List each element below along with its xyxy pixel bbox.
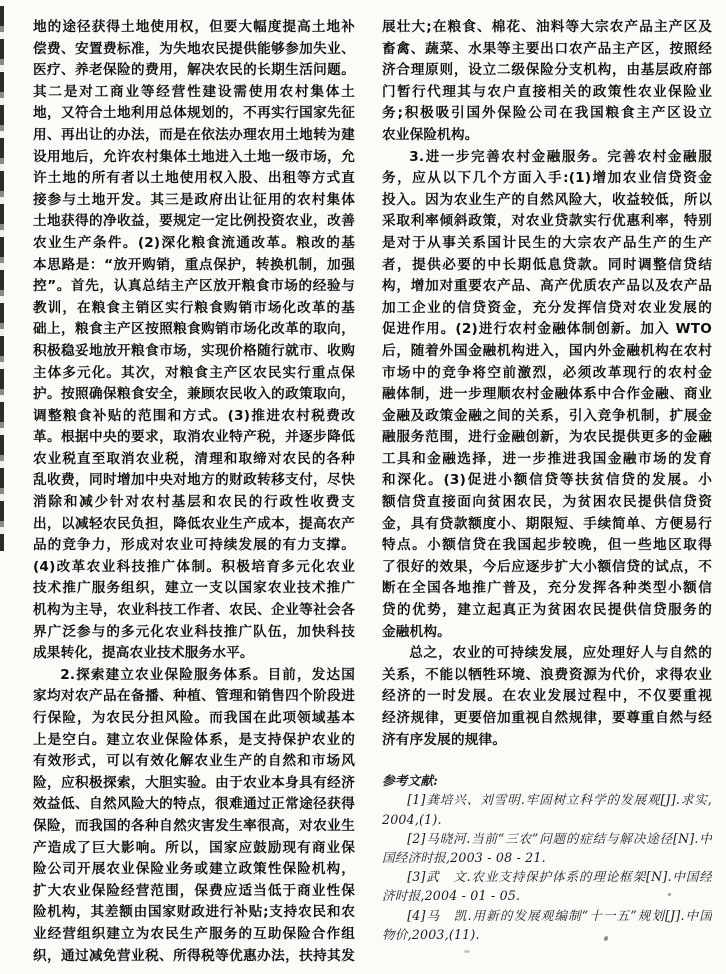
body-text-line: 后，随着外国金融机构进入，国内外金融机构在农村 xyxy=(382,341,712,363)
body-text-line: 险公司开展农业保险业务或建立政策性保险机构， xyxy=(33,859,355,881)
body-text-line: 地的途径获得土地使用权，但要大幅度提高土地补 xyxy=(33,17,355,39)
body-text-line: 保险，而我国的各种自然灾害发生率很高，对农业生 xyxy=(33,816,355,838)
body-text-line: 农业税直至取消农业税，清理和取缔对农民的各种 xyxy=(33,449,355,471)
body-text-line: 金融机构。 xyxy=(382,622,712,644)
section-gap xyxy=(382,751,712,771)
body-text-line: 门暂行代理其与农户直接相关的政策性农业保险业 xyxy=(382,82,712,104)
body-text-line: 成果转化，提高农业技术服务水平。 xyxy=(33,643,355,665)
body-text-line: 3.进一步完善农村金融服务。完善农村金融服 xyxy=(382,147,712,169)
body-text-line: 业经营组织建立为农民生产服务的互助保险合作组 xyxy=(33,924,355,946)
body-text-line: 消除和减少针对农村基层和农民的行政性收费支 xyxy=(33,492,355,514)
body-text-line: 乱收费，同时增加中央对地方的财政转移支付，尽快 xyxy=(33,470,355,492)
body-text-line: 其二是对工商业等经营性建设需使用农村集体土 xyxy=(33,82,355,104)
left-text-column: 地的途径获得土地使用权，但要大幅度提高土地补偿费、安置费标准，为失地农民提供能够… xyxy=(33,17,355,967)
body-text-line: 务，应从以下几个方面入手:(1)增加农业信贷资金 xyxy=(382,168,712,190)
body-text-line: 工具和金融选择，进一步推进我国金融市场的发育 xyxy=(382,449,712,471)
body-text-line: 产造成了巨大影响。所以，国家应鼓励现有商业保 xyxy=(33,838,355,860)
body-text-line: 金，具有贷款额度小、期限短、手续简单、方便易行等 xyxy=(382,514,712,536)
body-text-line: 效益低、自然风险大的特点，很难通过正常途径获得 xyxy=(33,794,355,816)
body-text-line: 控”。首先，认真总结主产区放开粮食市场的经验与 xyxy=(33,276,355,298)
body-text-line: 上是空白。建立农业保险体系，是支持保护农业的 xyxy=(33,730,355,752)
body-text-line: 设用地后，允许农村集体土地进入土地一级市场，允 xyxy=(33,147,355,169)
body-text-line: 2.探索建立农业保险服务体系。目前，发达国 xyxy=(33,665,355,687)
body-text-line: 投入。因为农业生产的自然风险大，收益较低，所以 xyxy=(382,190,712,212)
body-text-line: 农业生产条件。(2)深化粮食流通改革。粮改的基 xyxy=(33,233,355,255)
body-text-line: 务;积极吸引国外保险公司在我国粮食主产区设立 xyxy=(382,103,712,125)
body-text-line: 农业保险机构。 xyxy=(382,125,712,147)
body-text-line: 品的竞争力，形成对农业可持续发展的有力支撑。 xyxy=(33,535,355,557)
scanned-paper-page: 地的途径获得土地使用权，但要大幅度提高土地补偿费、安置费标准，为失地农民提供能够… xyxy=(0,0,726,974)
body-text-line: 医疗、养老保险的费用，解决农民的长期生活问题。 xyxy=(33,60,355,82)
body-text-line: 教训，在粮食主销区实行粮食购销市场化改革的基 xyxy=(33,298,355,320)
body-text-line: 了很好的效果，今后应逐步扩大小额信贷的试点，不 xyxy=(382,557,712,579)
body-text-line: 革。根据中央的要求，取消农业特产税，并逐步降低 xyxy=(33,427,355,449)
body-text-line: 许土地的所有者以土地使用权入股、出租等方式直 xyxy=(33,168,355,190)
body-text-line: 扩大农业保险经营范围，保费应适当低于商业性保 xyxy=(33,881,355,903)
reference-line: 济时报,2004 - 01 - 05. xyxy=(382,886,712,905)
body-text-line: 技术推广服务组织，建立一支以国家农业技术推广 xyxy=(33,578,355,600)
body-text-line: 是对于从事关系国计民生的大宗农产品生产的生产 xyxy=(382,233,712,255)
reference-line: [1]龚培兴、刘雪明.牢固树立科学的发展观[J].求实, xyxy=(382,790,712,809)
body-text-line: 积极稳妥地放开粮食市场，实现价格随行就市、收购 xyxy=(33,341,355,363)
body-text-line: 地，又符合土地利用总体规划的，不再实行国家先征 xyxy=(33,103,355,125)
reference-line: [2]马晓河.当前“三农”问题的症结与解决途径[N].中 xyxy=(382,829,712,848)
references-heading: 参考文献: xyxy=(382,771,712,790)
body-text-line: 特点。小额信贷在我国起步较晚，但一些地区取得 xyxy=(382,535,712,557)
body-text-line: 关系，不能以牺牲环境、浪费资源为代价，求得农业 xyxy=(382,665,712,687)
body-text-line: 额信贷直接面向贫困农民，为贫困农民提供信贷资 xyxy=(382,492,712,514)
scan-edge-artifact xyxy=(0,6,4,551)
body-text-line: 织，通过减免营业税、所得税等优惠办法，扶持其发 xyxy=(33,946,355,968)
reference-line: 物价,2003,(11). xyxy=(382,925,712,944)
body-text-line: 构，增加对重要农产品、高产优质农产品以及农产品 xyxy=(382,276,712,298)
references-list: [1]龚培兴、刘雪明.牢固树立科学的发展观[J].求实,2004,(1).[2]… xyxy=(382,790,712,944)
scan-speck xyxy=(464,950,470,953)
body-text-line: 接参与土地开发。其三是政府出让征用的农村集体 xyxy=(33,190,355,212)
reference-line: [3]武 文.农业支持保护体系的理论框架[N].中国经 xyxy=(382,867,712,886)
body-text-line: 济有序发展的规律。 xyxy=(382,730,712,752)
body-text-line: 断在全国各地推广普及，充分发挥各种类型小额信 xyxy=(382,578,712,600)
body-text-line: 本思路是：“放开购销，重点保护，转换机制，加强调 xyxy=(33,255,355,277)
reference-line: 2004,(1). xyxy=(382,810,712,829)
body-text-line: 促进作用。(2)进行农村金融体制创新。加入 WTO xyxy=(382,319,712,341)
body-text-line: 界广泛参与的多元化农业科技推广队伍，加快科技 xyxy=(33,622,355,644)
body-text-line: 土地获得的净收益，要规定一定比例投资农业，改善 xyxy=(33,211,355,233)
body-text-line: 展壮大;在粮食、棉花、油料等大宗农产品主产区及 xyxy=(382,17,712,39)
body-text-line: 偿费、安置费标准，为失地农民提供能够参加失业、 xyxy=(33,39,355,61)
body-text-line: 贷的优势，建立起真正为贫困农民提供信贷服务的 xyxy=(382,600,712,622)
body-text-line: 经济的一时发展。在农业发展过程中，不仅要重视 xyxy=(382,686,712,708)
body-text-line: 和深化。(3)促进小额信贷等扶贫信贷的发展。小 xyxy=(382,470,712,492)
body-text-line: 者，提供必要的中长期低息贷款。同时调整信贷结 xyxy=(382,255,712,277)
body-text-line: 总之，农业的可持续发展，应处理好人与自然的 xyxy=(382,643,712,665)
body-text-line: 市场中的竞争将空前激烈，必须改革现行的农村金 xyxy=(382,363,712,385)
body-text-line: 险，应积极探索，大胆实验。由于农业本身具有经济 xyxy=(33,773,355,795)
body-text-line: 调整粮食补贴的范围和方式。(3)推进农村税费改 xyxy=(33,406,355,428)
body-text-line: 出，以减轻农民负担，降低农业生产成本，提高农产 xyxy=(33,514,355,536)
right-text-column: 展壮大;在粮食、棉花、油料等大宗农产品主产区及畜禽、蔬菜、水果等主要出口农产品主… xyxy=(382,17,712,944)
body-text-line: 加工企业的信贷资金，充分发挥信贷对农业发展的 xyxy=(382,298,712,320)
body-text-line: 经济规律，更要倍加重视自然规律，要尊重自然与经 xyxy=(382,708,712,730)
right-body-text: 展壮大;在粮食、棉花、油料等大宗农产品主产区及畜禽、蔬菜、水果等主要出口农产品主… xyxy=(382,17,712,751)
body-text-line: 机构为主导，农业科技工作者、农民、企业等社会各 xyxy=(33,600,355,622)
body-text-line: 险机构，其差额由国家财政进行补贴;支持农民和农 xyxy=(33,902,355,924)
reference-line: 国经济时报,2003 - 08 - 21. xyxy=(382,848,712,867)
body-text-line: 主体多元化。其次，对粮食主产区农民实行重点保 xyxy=(33,363,355,385)
body-text-line: 家均对农产品在备播、种植、管理和销售四个阶段进 xyxy=(33,686,355,708)
reference-line: [4]马 凯.用新的发展观编制“十一五”规划[J].中国 xyxy=(382,906,712,925)
body-text-line: 融服务范围，进行金融创新，为农民提供更多的金融 xyxy=(382,427,712,449)
body-text-line: 畜禽、蔬菜、水果等主要出口农产品主产区，按照经 xyxy=(382,39,712,61)
body-text-line: 础上，粮食主产区按照粮食购销市场化改革的取向， xyxy=(33,319,355,341)
body-text-line: 融体制，进一步理顺农村金融体系中合作金融、商业 xyxy=(382,384,712,406)
body-text-line: 行保险，为农民分担风险。而我国在此项领域基本 xyxy=(33,708,355,730)
body-text-line: 济合理原则，设立二级保险分支机构，由基层政府部 xyxy=(382,60,712,82)
body-text-line: 用、再出让的办法，而是在依法办理农用土地转为建 xyxy=(33,125,355,147)
body-text-line: 金融及政策金融之间的关系，引入竞争机制，扩展金 xyxy=(382,406,712,428)
body-text-line: 护。按照确保粮食安全，兼顾农民收入的政策取向， xyxy=(33,384,355,406)
body-text-line: 采取利率倾斜政策，对农业贷款实行优惠利率，特别 xyxy=(382,211,712,233)
body-text-line: (4)改革农业科技推广体制。积极培育多元化农业 xyxy=(33,557,355,579)
body-text-line: 有效形式，可以有效化解农业生产的自然和市场风 xyxy=(33,751,355,773)
